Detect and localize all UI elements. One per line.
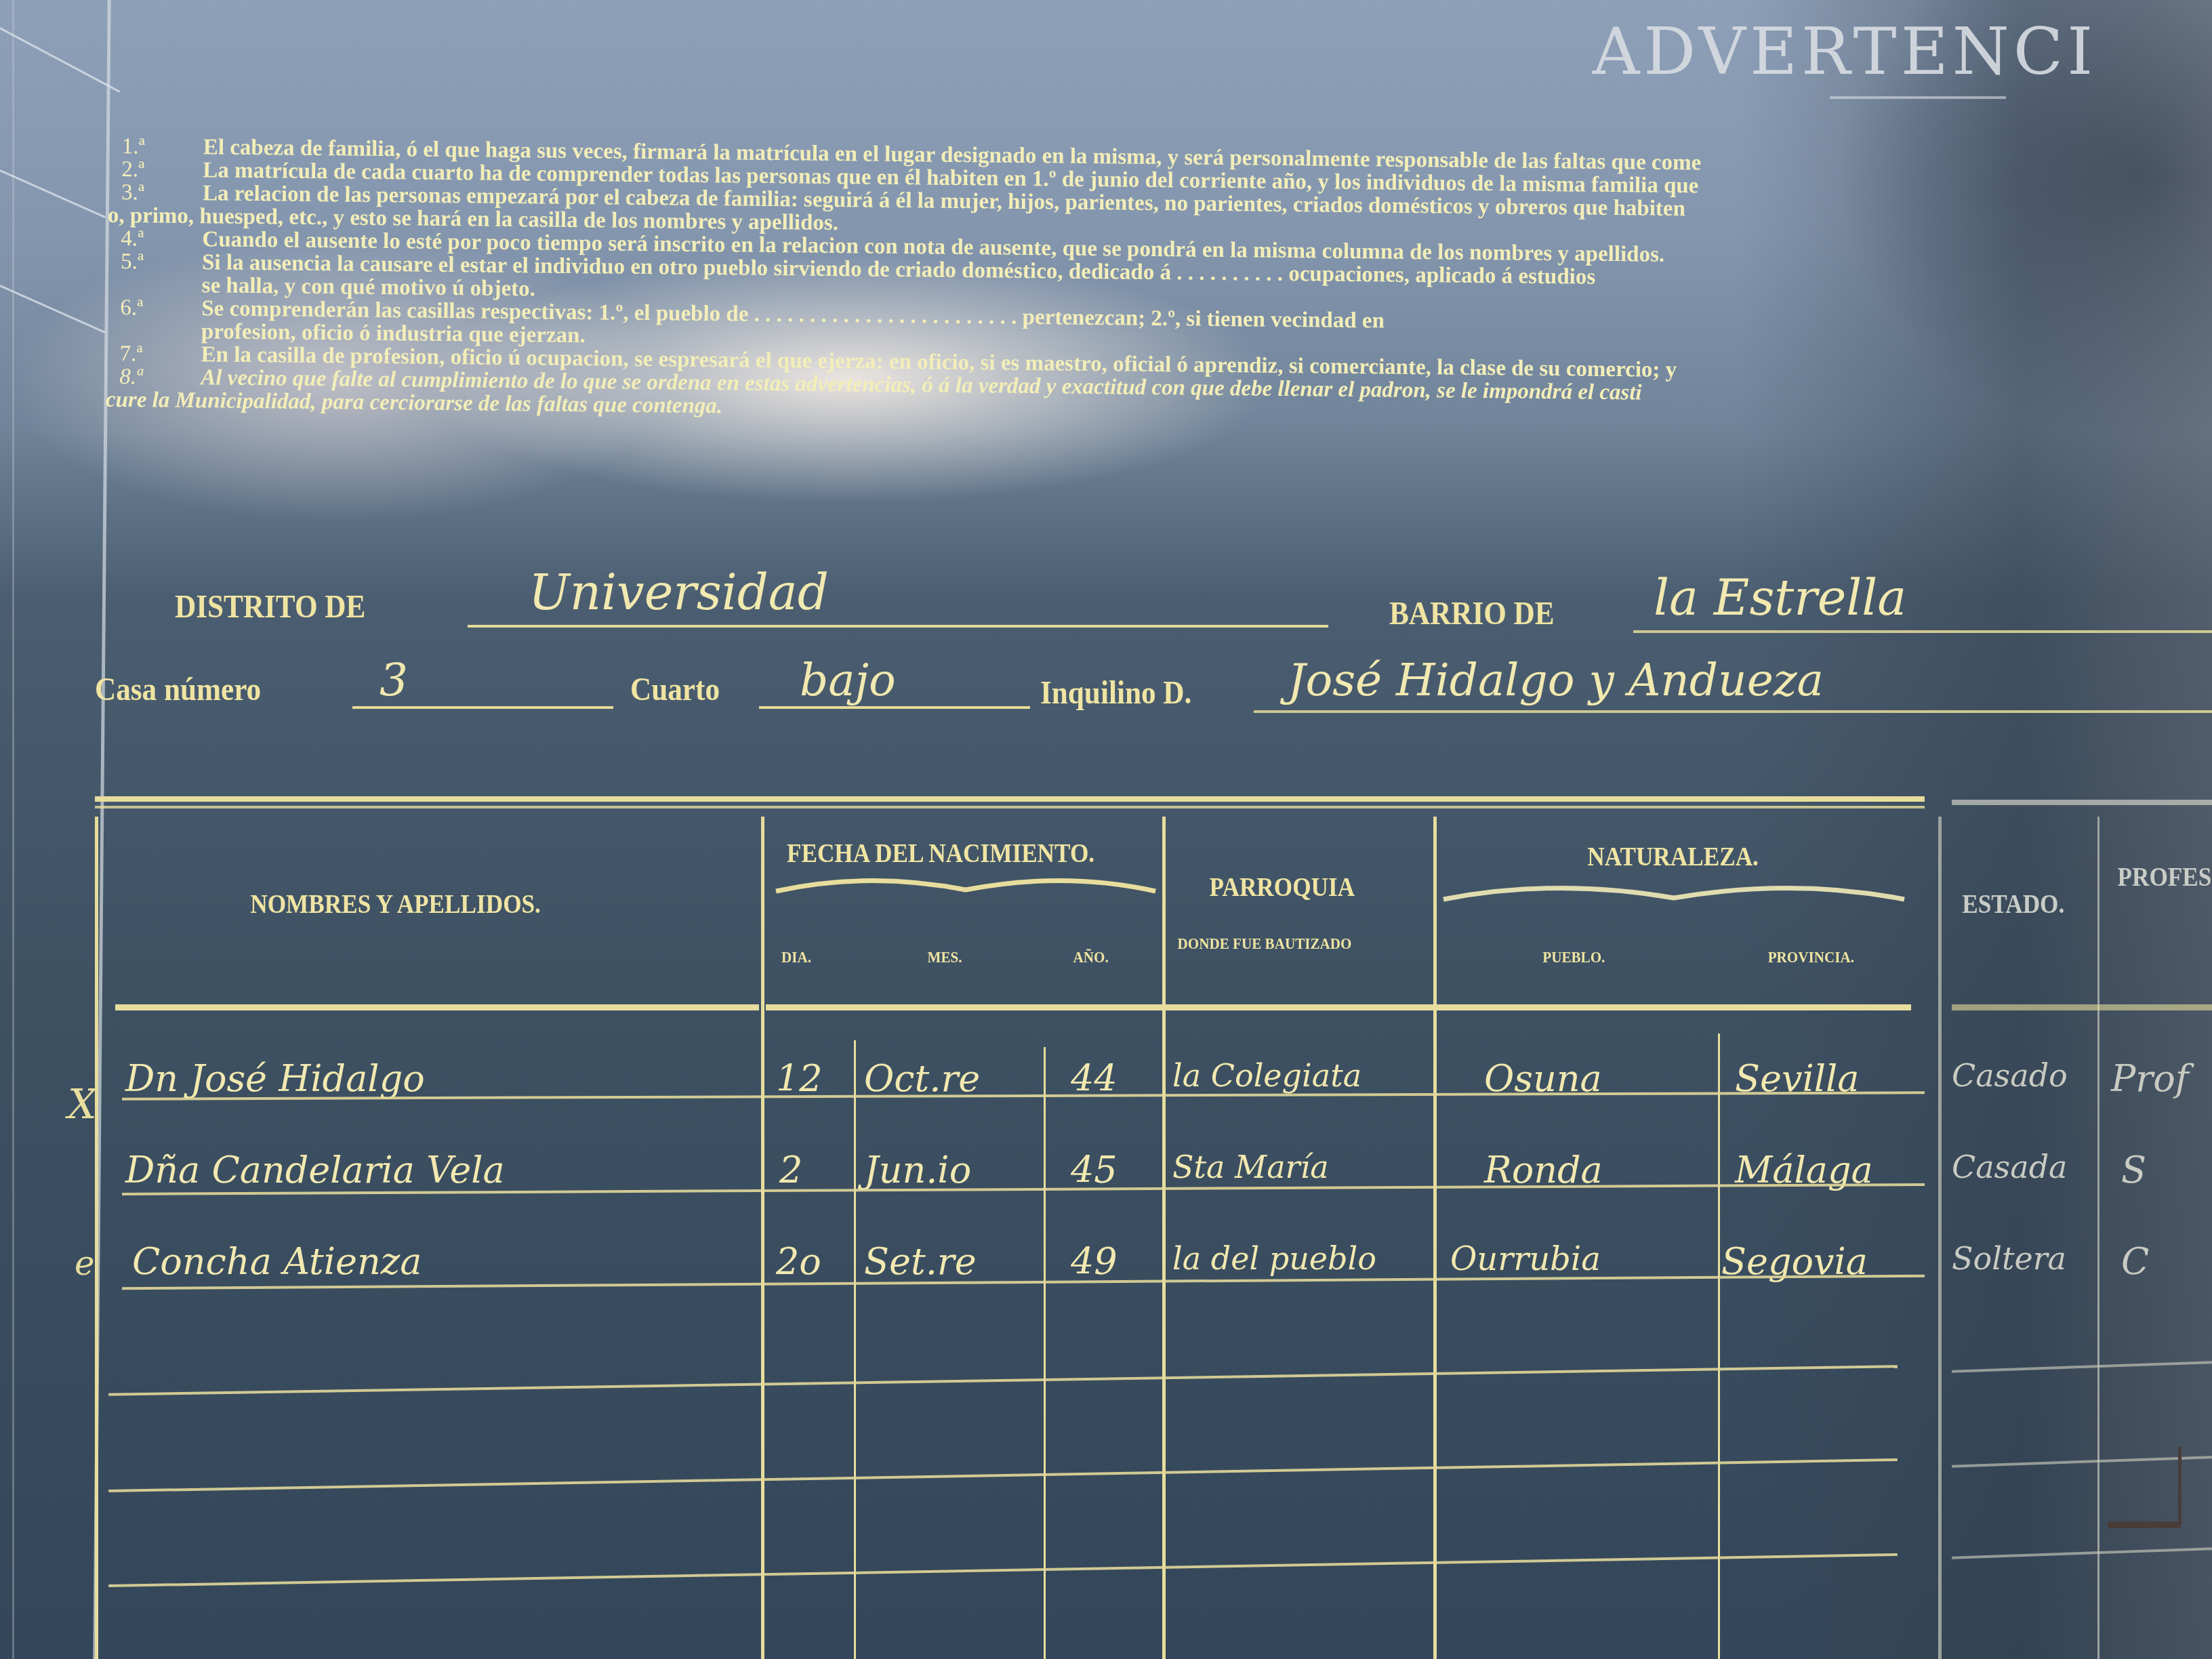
- table-top-rule: [95, 796, 1925, 802]
- table-top-rule: [95, 806, 1925, 808]
- barrio-fill-line: [1633, 630, 2212, 633]
- cell-parroquia: la del pueblo: [1172, 1240, 1376, 1277]
- table-top-rule: [1952, 800, 2212, 805]
- barrio-label: BARRIO DE: [1389, 595, 1555, 632]
- casa-label: Casa número: [95, 671, 261, 708]
- cell-estado: Soltera: [1952, 1240, 2066, 1277]
- brace-ornament: [1440, 878, 1908, 905]
- inquilino-label: Inquilino D.: [1040, 674, 1191, 712]
- header-provincia: PROVINCIA.: [1768, 949, 1854, 967]
- advertencias-list: 1.ªEl cabeza de familia, ó el que haga s…: [119, 136, 2212, 434]
- distrito-label: DISTRITO DE: [175, 588, 365, 626]
- cell-ano: 44: [1071, 1057, 1118, 1100]
- cell-nombre: Dn José Hidalgo: [125, 1057, 425, 1100]
- cell-profesion: C: [2121, 1240, 2149, 1283]
- header-naturaleza: NATURALEZA.: [1587, 840, 1759, 872]
- header-pueblo: PUEBLO.: [1542, 949, 1605, 967]
- cuarto-label: Cuarto: [630, 671, 720, 708]
- header-fecha: FECHA DEL NACIMIENTO.: [787, 837, 1094, 869]
- column-rule: [761, 817, 764, 1659]
- column-rule: [1044, 1047, 1046, 1659]
- cell-dia: 12: [776, 1057, 823, 1100]
- distrito-fill-line: [468, 625, 1328, 628]
- heading-ornament: [1830, 96, 2006, 99]
- inquilino-value: José Hidalgo y Andueza: [1288, 654, 1824, 706]
- column-rule: [1718, 1033, 1720, 1659]
- cell-mes: Jun.io: [864, 1149, 971, 1191]
- column-rule: [95, 817, 98, 1659]
- cell-estado: Casada: [1952, 1149, 2068, 1185]
- cell-nombre: Dña Candelaria Vela: [125, 1149, 505, 1191]
- header-bottom-rule: [1952, 1004, 2212, 1010]
- header-dia: DIA.: [781, 949, 811, 967]
- row-rule: [108, 1458, 1898, 1492]
- cell-nombre: Concha Atienza: [132, 1240, 422, 1283]
- cell-parroquia: la Colegiata: [1172, 1057, 1361, 1094]
- header-nombres: NOMBRES Y APELLIDOS.: [250, 888, 541, 920]
- row-rule: [1952, 1547, 2212, 1559]
- inquilino-fill-line: [1254, 710, 2212, 713]
- cuarto-fill-line: [759, 706, 1030, 709]
- row-rule: [1952, 1361, 2212, 1372]
- casa-value: 3: [380, 654, 408, 706]
- census-table: NOMBRES Y APELLIDOS. FECHA DEL NACIMIENT…: [95, 796, 2212, 1659]
- row-mark: X: [68, 1081, 97, 1128]
- row-rule: [108, 1553, 1898, 1587]
- header-bottom-rule: [115, 1004, 759, 1010]
- cell-dia: 2o: [776, 1240, 821, 1283]
- distrito-value: Universidad: [529, 564, 829, 621]
- cuarto-value: bajo: [800, 654, 896, 706]
- row-mark: e: [75, 1244, 95, 1283]
- casa-fill-line: [352, 706, 613, 709]
- header-estado: ESTADO.: [1962, 888, 2064, 920]
- brace-ornament: [773, 871, 1159, 898]
- cell-ano: 49: [1071, 1240, 1118, 1283]
- cell-pueblo: Ourrubia: [1450, 1240, 1601, 1278]
- row-rule: [108, 1365, 1898, 1395]
- header-ano: AÑO.: [1073, 949, 1109, 967]
- cell-estado: Casado: [1952, 1057, 2068, 1094]
- column-rule: [2097, 817, 2100, 1659]
- margin-rule: [12, 0, 14, 1659]
- cell-profesion: S: [2121, 1149, 2146, 1191]
- column-rule: [854, 1040, 856, 1659]
- cell-mes: Set.re: [864, 1240, 977, 1283]
- advertencias-heading: ADVERTENCI: [1593, 14, 2097, 89]
- barrio-value: la Estrella: [1654, 569, 1906, 626]
- header-parroquia-sub: DONDE FUE BAUTIZADO: [1178, 935, 1352, 954]
- header-parroquia: PARROQUIA: [1210, 871, 1355, 903]
- crop-mark: [2178, 1447, 2182, 1525]
- crop-mark: [2108, 1521, 2181, 1528]
- cell-dia: 2: [779, 1149, 802, 1191]
- cell-mes: Oct.re: [864, 1057, 980, 1100]
- cell-ano: 45: [1071, 1149, 1118, 1191]
- column-rule: [1162, 817, 1166, 1659]
- header-bottom-rule: [766, 1004, 1911, 1010]
- header-profesion: PROFES: [2117, 861, 2211, 893]
- row-rule: [1952, 1456, 2212, 1467]
- cell-parroquia: Sta María: [1172, 1149, 1329, 1185]
- header-mes: MES.: [927, 949, 962, 967]
- column-rule: [1938, 817, 1942, 1659]
- column-rule: [1433, 817, 1437, 1659]
- cell-profesion: Prof: [2111, 1057, 2189, 1100]
